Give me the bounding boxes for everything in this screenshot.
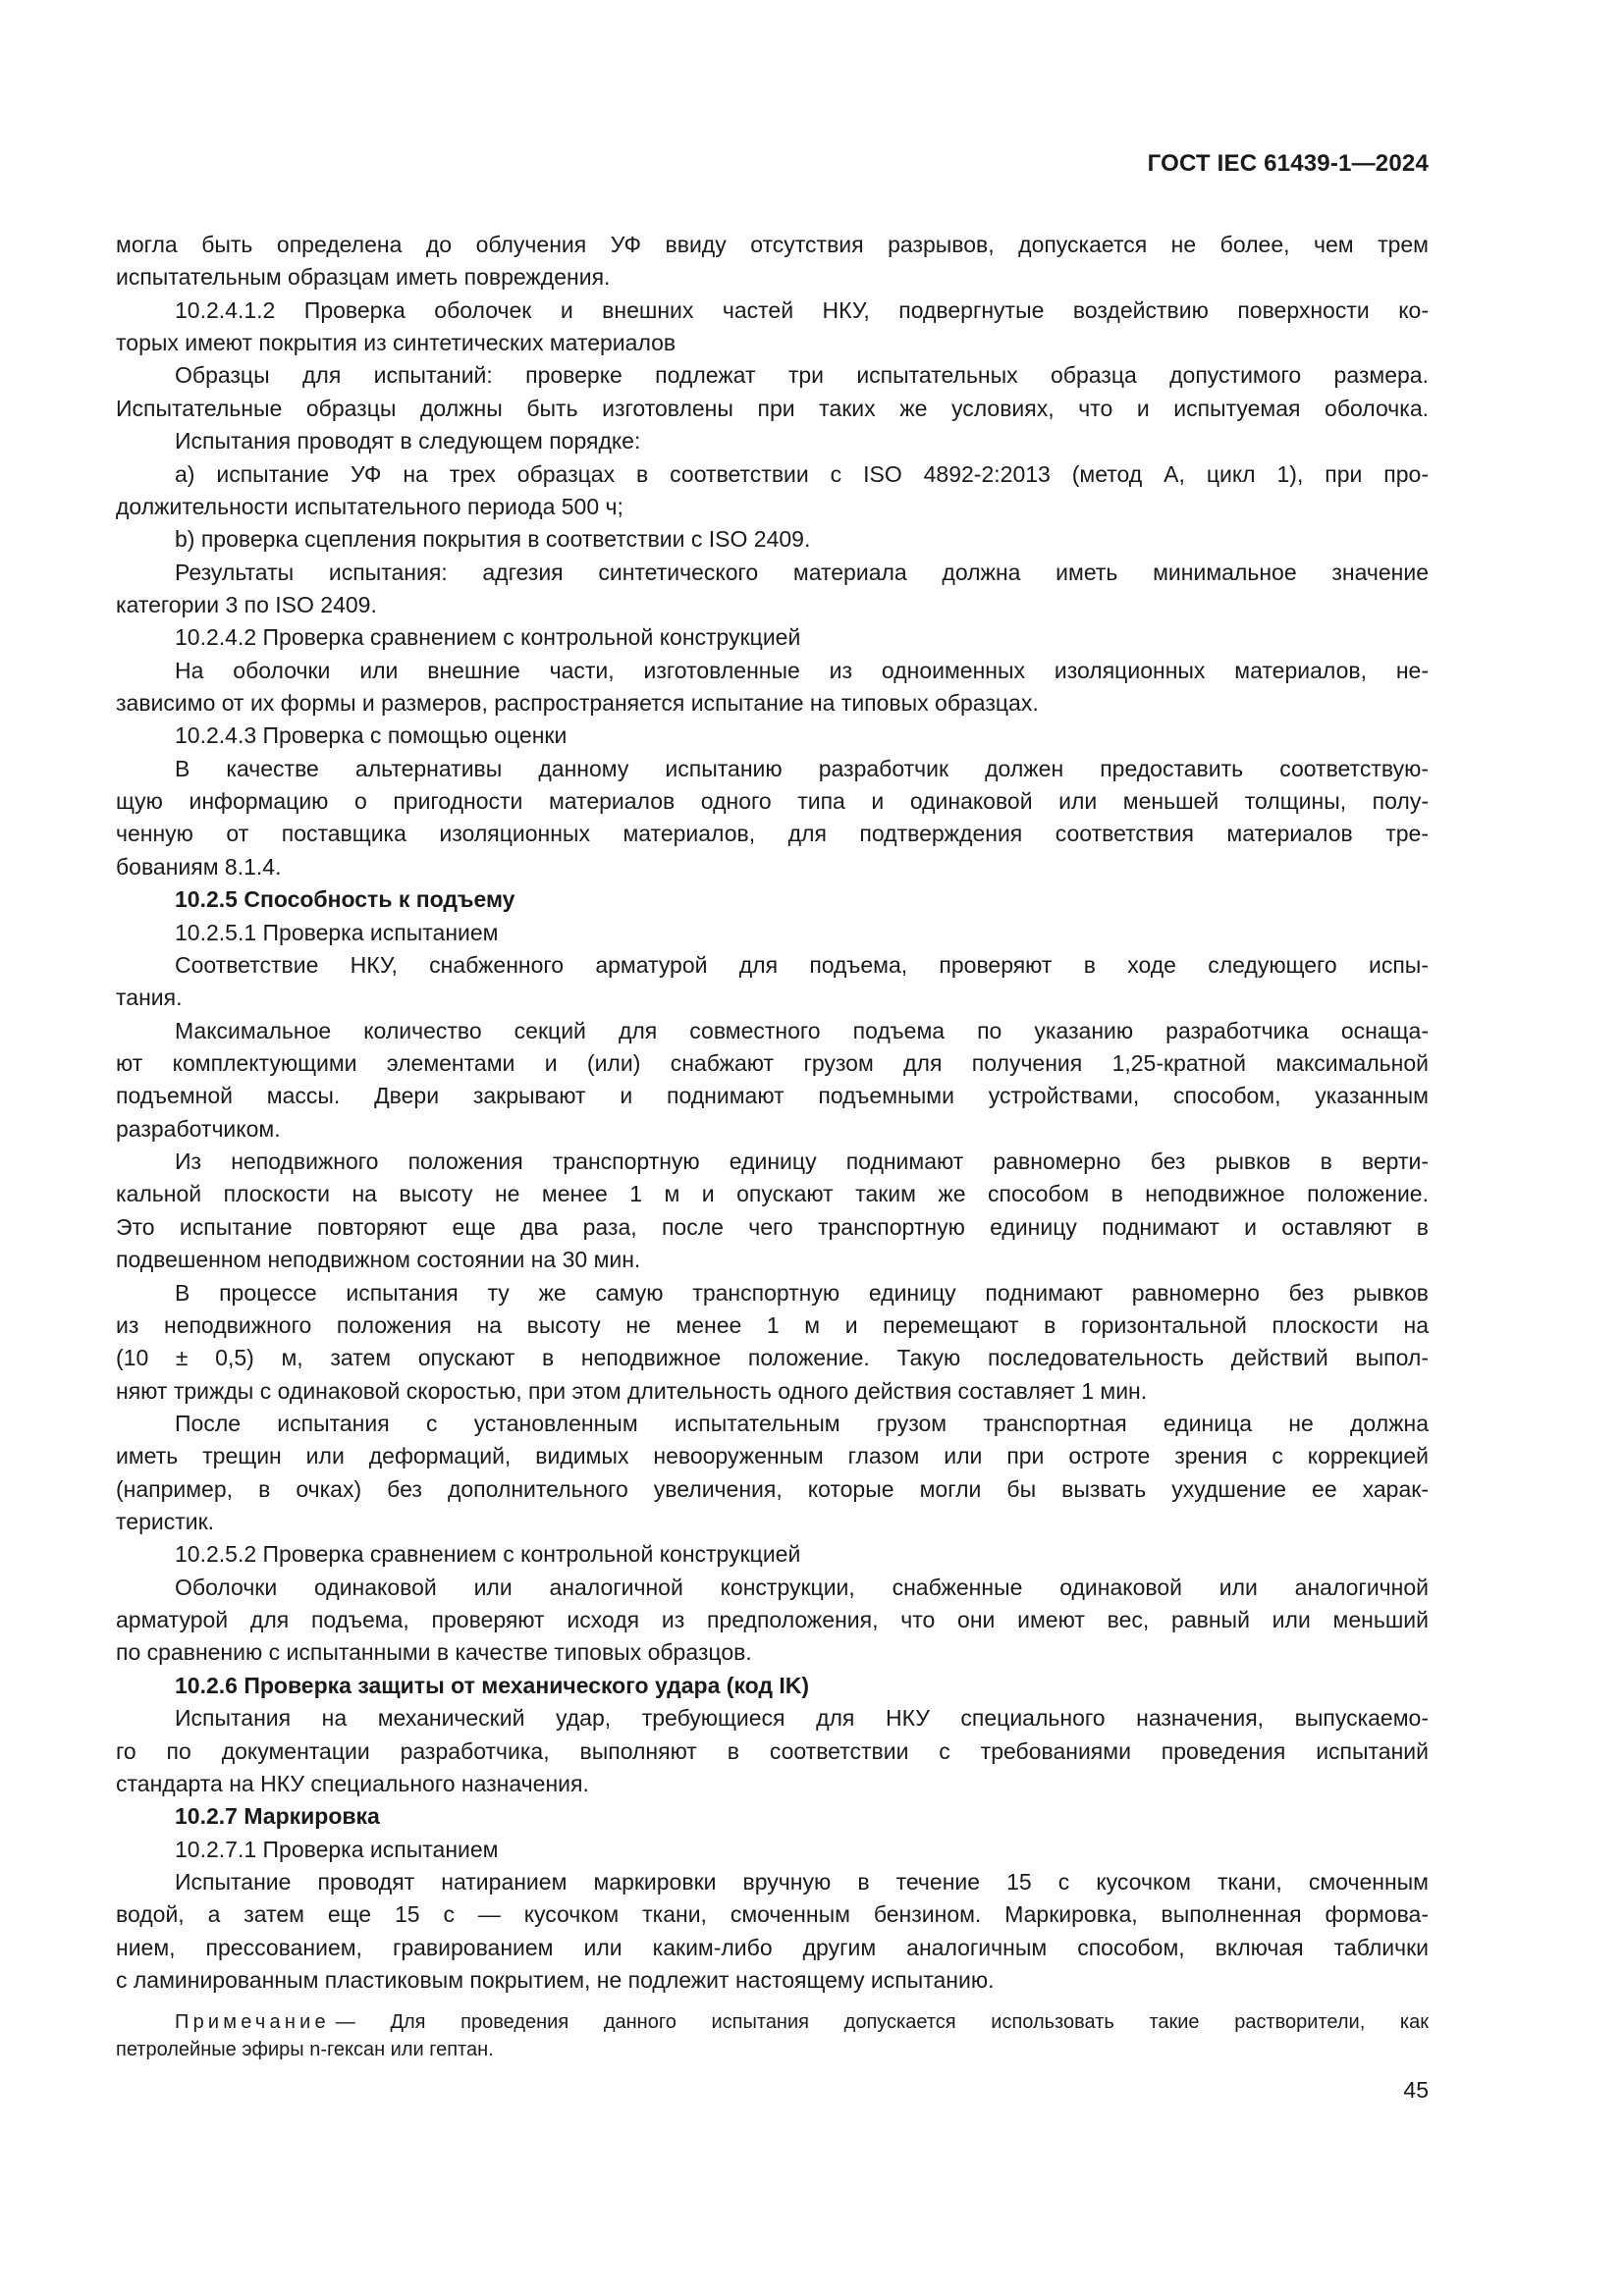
text-line: 10.2.5.2 Проверка сравнением с контрольн… (116, 1539, 1429, 1569)
text-line: 10.2.4.2 Проверка сравнением с контрольн… (116, 622, 1429, 652)
text-line: Максимальное количество секций для совме… (116, 1016, 1429, 1045)
text-line: После испытания с установленным испытате… (116, 1409, 1429, 1438)
text-line: теристик. (116, 1507, 1429, 1536)
text-line: Это испытание повторяют еще два раза, по… (116, 1212, 1429, 1242)
text-line: стандарта на НКУ специального назначения… (116, 1769, 1429, 1798)
text-line: зависимо от их формы и размеров, распрос… (116, 688, 1429, 718)
page-number: 45 (1403, 2075, 1429, 2105)
text-line: категории 3 по ISO 2409. (116, 590, 1429, 619)
text-line: 10.2.4.1.2 Проверка оболочек и внешних ч… (116, 295, 1429, 325)
text-line: Испытание проводят натиранием маркировки… (116, 1867, 1429, 1896)
note-line: Примечание— Для проведения данного испыт… (116, 2009, 1429, 2035)
text-line: Из неподвижного положения транспортную е… (116, 1147, 1429, 1176)
text-line: кальной плоскости на высоту не менее 1 м… (116, 1179, 1429, 1208)
note-label: Примечание (175, 2011, 330, 2033)
text-line: b) проверка сцепления покрытия в соответ… (116, 524, 1429, 554)
text-line: няют трижды с одинаковой скоростью, при … (116, 1376, 1429, 1406)
text-line: 10.2.4.3 Проверка с помощью оценки (116, 721, 1429, 750)
document-page: ГОСТ IEC 61439-1—2024 могла быть определ… (0, 0, 1624, 2296)
text-line: арматурой для подъема, проверяют исходя … (116, 1605, 1429, 1634)
text-line: В качестве альтернативы данному испытани… (116, 754, 1429, 783)
text-line: Испытания на механический удар, требующи… (116, 1703, 1429, 1733)
section-heading: 10.2.6 Проверка защиты от механического … (116, 1671, 1429, 1700)
text-line: должительности испытательного периода 50… (116, 492, 1429, 521)
text-line: торых имеют покрытия из синтетических ма… (116, 328, 1429, 357)
text-line: Образцы для испытаний: проверке подлежат… (116, 360, 1429, 390)
text-line: могла быть определена до облучения УФ вв… (116, 230, 1429, 259)
text-line: водой, а затем еще 15 с — кусочком ткани… (116, 1899, 1429, 1929)
text-line: нием, прессованием, гравированием или ка… (116, 1933, 1429, 1962)
text-line: иметь трещин или деформаций, видимых нев… (116, 1441, 1429, 1470)
text-line: Соответствие НКУ, снабженного арматурой … (116, 950, 1429, 980)
text-line: испытательным образцам иметь повреждения… (116, 262, 1429, 292)
text-line: (например, в очках) без дополнительного … (116, 1474, 1429, 1504)
section-heading: 10.2.5 Способность к подъему (116, 884, 1429, 914)
text-line: Результаты испытания: адгезия синтетичес… (116, 558, 1429, 587)
text-line: (10 ± 0,5) м, затем опускают в неподвижн… (116, 1343, 1429, 1372)
note-text: — Для проведения данного испытания допус… (336, 2011, 1429, 2033)
text-line: 10.2.7.1 Проверка испытанием (116, 1835, 1429, 1864)
document-code-header: ГОСТ IEC 61439-1—2024 (1148, 149, 1429, 179)
text-line: разработчиком. (116, 1114, 1429, 1144)
text-line: Оболочки одинаковой или аналогичной конс… (116, 1573, 1429, 1602)
text-line: 10.2.5.1 Проверка испытанием (116, 918, 1429, 947)
text-line: На оболочки или внешние части, изготовле… (116, 656, 1429, 685)
text-line: Испытания проводят в следующем порядке: (116, 426, 1429, 455)
text-line: тания. (116, 983, 1429, 1012)
text-line: подъемной массы. Двери закрывают и подни… (116, 1081, 1429, 1110)
section-heading: 10.2.7 Маркировка (116, 1801, 1429, 1831)
note-line: петролейные эфиры n-гексан или гептан. (116, 2037, 1429, 2062)
text-line: бованиям 8.1.4. (116, 852, 1429, 881)
text-line: a) испытание УФ на трех образцах в соотв… (116, 459, 1429, 489)
text-line: ют комплектующими элементами и (или) сна… (116, 1048, 1429, 1078)
text-line: подвешенном неподвижном состоянии на 30 … (116, 1245, 1429, 1274)
text-line: из неподвижного положения на высоту не м… (116, 1310, 1429, 1340)
text-line: В процессе испытания ту же самую транспо… (116, 1278, 1429, 1308)
text-line: щую информацию о пригодности материалов … (116, 786, 1429, 816)
text-line: ченную от поставщика изоляционных матери… (116, 819, 1429, 848)
text-line: по сравнению с испытанными в качестве ти… (116, 1637, 1429, 1667)
text-line: Испытательные образцы должны быть изгото… (116, 394, 1429, 423)
text-line: с ламинированным пластиковым покрытием, … (116, 1965, 1429, 1995)
text-line: го по документации разработчика, выполня… (116, 1736, 1429, 1766)
